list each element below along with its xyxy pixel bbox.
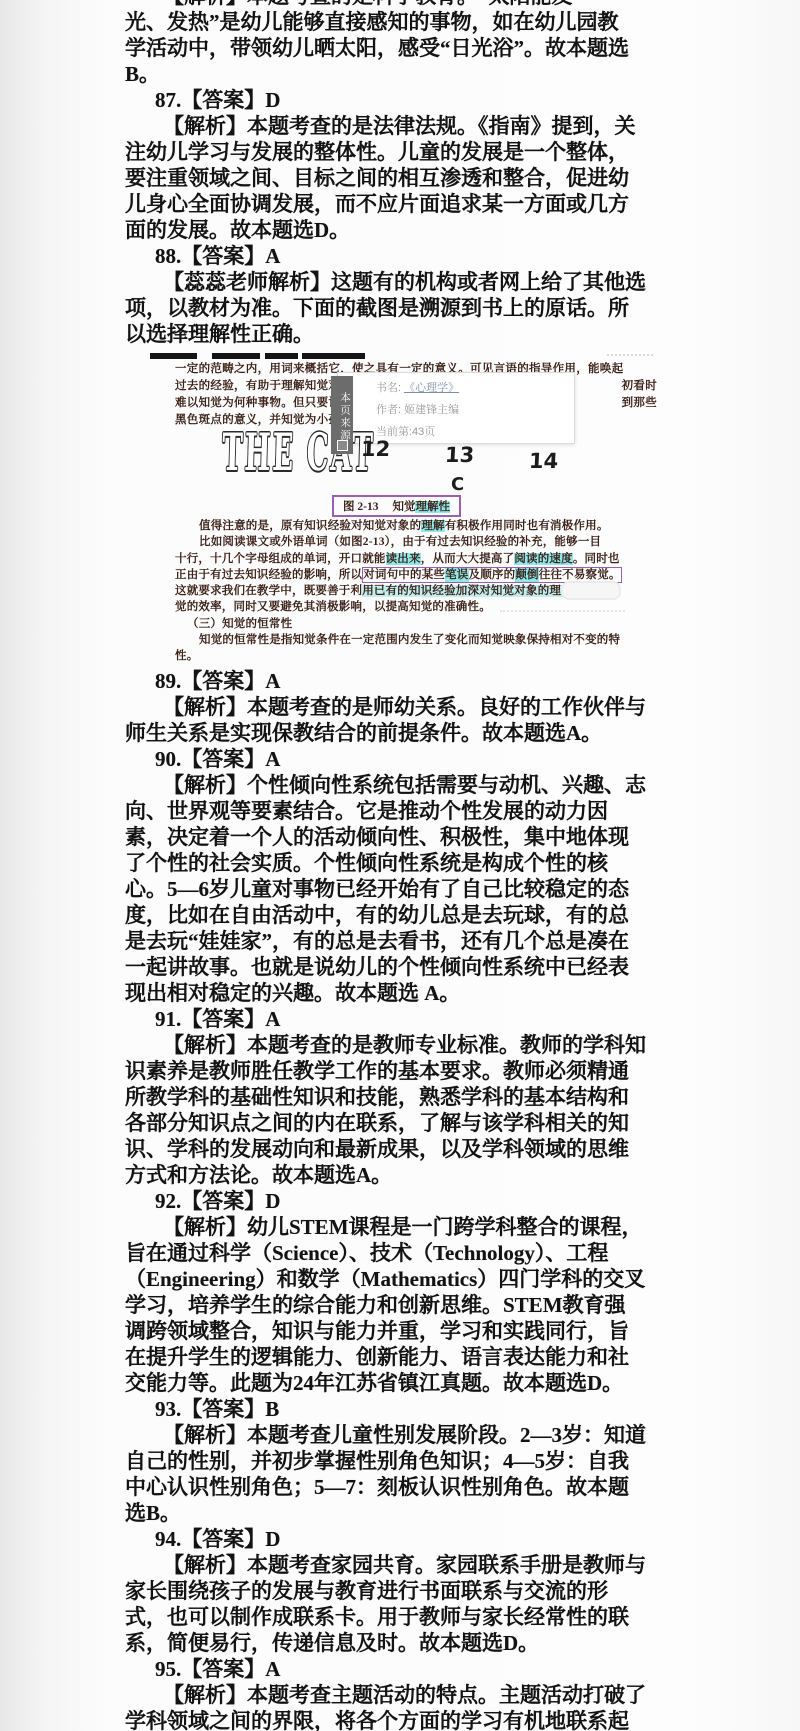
text-line: 【解析】本题考查的是教师专业标准。教师的学科知 <box>163 1032 710 1058</box>
textbook-line: 觉的效率，同时又要避免其消极影响，以提高知觉的准确性。 <box>175 599 663 615</box>
figure-number-12: 12 <box>360 437 390 461</box>
line-text: 系，简便易行，传递信息及时。故本题选D。 <box>125 1631 539 1655</box>
redaction-bar <box>265 353 298 359</box>
book-title-label: 书名: <box>376 382 401 394</box>
text-line: 在提升学生的逻辑能力、创新能力、语言表达能力和社 <box>125 1344 710 1370</box>
line-text: 中心认识性别角色；5—7：刻板认识性别角色。故本题 <box>125 1475 629 1499</box>
figure-caption-text: 知觉 <box>392 501 415 513</box>
line-text: 师生关系是实现保教结合的前提条件。故本题选A。 <box>125 721 602 745</box>
text-line: 【解析】本题考查的是法律法规。《指南》提到，关 <box>163 113 710 139</box>
line-text: 选B。 <box>125 1501 181 1525</box>
text-line: 一起讲故事。也就是说幼儿的个性倾向性系统中已经表 <box>125 954 710 980</box>
textbook-text: 性。 <box>175 650 198 662</box>
textbook-text: 到那些 <box>622 396 657 411</box>
figure-caption: 图 2-13知觉理解性 <box>332 495 461 517</box>
text-line: 89.【答案】A <box>155 668 710 694</box>
line-text: 【解析】本题考查的是教师专业标准。教师的学科知 <box>163 1033 646 1057</box>
line-text: 【解析】本题考查儿童性别发展阶段。2—3岁：知道 <box>163 1423 646 1447</box>
text-line: 中心认识性别角色；5—7：刻板认识性别角色。故本题 <box>125 1474 710 1500</box>
text-line: 94.【答案】D <box>155 1526 710 1552</box>
text-line: 【解析】本题考查儿童性别发展阶段。2—3岁：知道 <box>163 1422 710 1448</box>
text-line: 面的发展。故本题选D。 <box>125 217 710 243</box>
text-line: 【解析】本题考查的是师幼关系。良好的工作伙伴与 <box>163 694 710 720</box>
line-text: 94.【答案】D <box>155 1527 280 1551</box>
text-line: 是去玩“娃娃家”，有的总是去看书，还有几个总是凑在 <box>125 928 710 954</box>
text-line: 向、世界观等要素结合。它是推动个性发展的动力因 <box>125 798 710 824</box>
line-text: 所教学科的基础性知识和技能，熟悉学科的基本结构和 <box>125 1085 629 1109</box>
text-segment: 读出来 <box>386 553 421 565</box>
textbook-screenshot: 一定的范畴之内，用词来概括它，使之具有一定的意义。可见言语的指导作用，能唤起 过… <box>125 352 670 665</box>
line-text: 度，比如在自由活动中，有的幼儿总是去玩球，有的总 <box>125 903 629 927</box>
text-line: 式，也可以制作成联系卡。用于教师与家长经常性的联 <box>125 1604 710 1630</box>
scan-watermark <box>561 581 621 600</box>
text-line: 95.【答案】A <box>155 1656 710 1682</box>
text-line: 现出相对稳定的兴趣。故本题选 A。 <box>125 980 710 1006</box>
redaction-bar <box>302 353 365 359</box>
text-line: 素，决定着一个人的活动倾向性、积极性，集中地体现 <box>125 824 710 850</box>
text-segment: 觉的效率，同时又要避免其消极影响，以提高知觉的准确性。 <box>175 601 491 613</box>
line-text: 儿身心全面协调发展，而不应片面追求某一方面或几方 <box>125 192 629 216</box>
line-text: 88.【答案】A <box>155 244 280 268</box>
text-segment: 有积极作用同时也有消极作用。 <box>445 520 609 532</box>
text-line: （Engineering）和数学（Mathematics）四门学科的交叉 <box>125 1266 710 1292</box>
text-segment: ，从而大大提高了 <box>421 553 515 565</box>
text-segment: 颠倒 <box>515 567 538 583</box>
textbook-line: 十行，十几个字母组成的单词，开口就能读出来，从而大大提高了阅读的速度。同时也 <box>175 551 663 567</box>
textbook-line: （三）知觉的恒常性 <box>175 616 663 632</box>
source-popup-tab-label: 本页来源 <box>339 392 351 442</box>
textbook-line: 知觉的恒常性是指知觉条件在一定范围内发生了变化而知觉映象保持相对不变的特 <box>175 632 663 648</box>
answers-column-top: 【解析】本题考查的是科学教育。“太阳能发光、发热”是幼儿能够直接感知的事物，如在… <box>125 0 710 347</box>
line-text: 识素养是教师胜任教学工作的基本要求。教师必须精通 <box>125 1059 629 1083</box>
line-text: 【解析】本题考查的是法律法规。《指南》提到，关 <box>163 114 636 138</box>
textbook-text: 这就要求我们在教学中，既要善于利用已有的知识经验加深对知觉对象的理解，提高知 <box>175 585 620 597</box>
line-text: 素，决定着一个人的活动倾向性、积极性，集中地体现 <box>125 825 629 849</box>
text-line: 90.【答案】A <box>155 746 710 772</box>
textbook-text: 值得注意的是，原有知识经验对知觉对象的理解有积极作用同时也有消极作用。 <box>199 520 609 532</box>
line-text: 交能力等。 <box>125 1371 230 1395</box>
text-line: 儿身心全面协调发展，而不应片面追求某一方面或几方 <box>125 191 710 217</box>
line-text: 90.【答案】A <box>155 747 280 771</box>
text-line: 【解析】个性倾向性系统包括需要与动机、兴趣、志 <box>163 772 710 798</box>
text-line: 了个性的社会实质。个性倾向性系统是构成个性的核 <box>125 850 710 876</box>
line-bold-text: 此题为24年江苏省镇江真题 <box>230 1371 482 1395</box>
text-segment: 。同时也 <box>573 553 620 565</box>
textbook-text: 正由于有过去知识经验的影响，所以对词句中的某些笔误及顺序的颠倒往往不易察觉。 <box>175 567 622 583</box>
book-title-row: 书名: 《心理学》 <box>376 379 459 395</box>
line-text: 【解析】幼儿STEM课程是一门跨学科整合的课程， <box>163 1215 643 1239</box>
figure-letter-c: C <box>451 474 464 495</box>
text-line: 光、发热”是幼儿能够直接感知的事物，如在幼儿园教 <box>125 9 710 35</box>
textbook-line: 性。 <box>175 648 663 664</box>
text-line: 系，简便易行，传递信息及时。故本题选D。 <box>125 1630 710 1656</box>
book-title-link[interactable]: 《心理学》 <box>404 382 459 394</box>
text-segment: 性。 <box>175 650 198 662</box>
text-line: 【蕊蕊老师解析】这题有的机构或者网上给了其他选 <box>163 269 710 295</box>
line-text: 注幼儿学习与发展的整体性。儿童的发展是一个整体， <box>125 140 629 164</box>
line-text: 心。5—6岁儿童对事物已经开始有了自己比较稳定的态 <box>125 877 629 901</box>
line-text: （Engineering）和数学（Mathematics）四门学科的交叉 <box>125 1267 645 1291</box>
figure-number-14: 14 <box>528 449 558 473</box>
textbook-text: 十行，十几个字母组成的单词，开口就能读出来，从而大大提高了阅读的速度。同时也 <box>175 553 620 565</box>
line-text: 【解析】个性倾向性系统包括需要与动机、兴趣、志 <box>163 773 646 797</box>
text-line: 【解析】本题考查主题活动的特点。主题活动打破了 <box>163 1682 710 1708</box>
answer-key-page: 【解析】本题考查的是科学教育。“太阳能发光、发热”是幼儿能够直接感知的事物，如在… <box>0 0 800 1731</box>
text-line: 各部分知识点之间的内在联系，了解与该学科相关的知 <box>125 1110 710 1136</box>
textbook-text: （三）知觉的恒常性 <box>187 618 292 630</box>
textbook-text: 初看时 <box>622 379 657 394</box>
text-segment: 阅读的速度 <box>514 553 573 565</box>
text-segment: 用已有的知识经验加深对知觉对象的理解 <box>362 585 573 597</box>
text-segment: 正由于有过去知识经验的影响，所以 <box>175 569 362 581</box>
text-line: 旨在通过科学（Science）、技术（Technology）、工程 <box>125 1240 710 1266</box>
author-value: 姬建锋主编 <box>404 404 459 416</box>
line-text: 各部分知识点之间的内在联系，了解与该学科相关的知 <box>125 1111 629 1135</box>
text-line: 交能力等。此题为24年江苏省镇江真题。故本题选D。 <box>125 1370 710 1396</box>
text-line: 识素养是教师胜任教学工作的基本要求。教师必须精通 <box>125 1058 710 1084</box>
text-segment: 比如阅读课文或外语单词（如图2-13），由于有过去知识经验的补充，能够一目 <box>199 536 601 548</box>
line-text: 式，也可以制作成联系卡。用于教师与家长经常性的联 <box>125 1605 629 1629</box>
line-text: 调跨领域整合，知识与能力并重，学习和实践同行，旨 <box>125 1319 629 1343</box>
text-segment: （三）知觉的恒常性 <box>187 618 292 630</box>
text-line: 自己的性别，并初步掌握性别角色知识；4—5岁：自我 <box>125 1448 710 1474</box>
line-text: 面的发展。故本题选D。 <box>125 218 350 242</box>
line-text: 【解析】本题考查主题活动的特点。主题活动打破了 <box>163 1683 646 1707</box>
line-text: 在提升学生的逻辑能力、创新能力、语言表达能力和社 <box>125 1345 629 1369</box>
line-text: 【蕊蕊老师解析】这题有的机构或者网上给了其他选 <box>163 270 646 294</box>
text-line: 度，比如在自由活动中，有的幼儿总是去玩球，有的总 <box>125 902 710 928</box>
line-text: 。故本题选D。 <box>482 1371 623 1395</box>
line-text: 92.【答案】D <box>155 1189 280 1213</box>
text-line: B。 <box>125 61 710 87</box>
text-line: 项，以教材为准。下面的截图是溯源到书上的原话。所 <box>125 295 710 321</box>
text-line: 识、学科的发展动向和最新成果，以及学科领域的思维 <box>125 1136 710 1162</box>
line-text: 是去玩“娃娃家”，有的总是去看书，还有几个总是凑在 <box>125 929 629 953</box>
line-text: 学活动中，带领幼儿晒太阳，感受“日光浴”。故本题选 <box>125 36 629 60</box>
line-text: 要注重领域之间、目标之间的相互渗透和整合，促进幼 <box>125 166 629 190</box>
text-segment: 对词句中的某些 <box>362 567 445 583</box>
line-text: 旨在通过科学（Science）、技术（Technology）、工程 <box>125 1241 608 1265</box>
line-text: 【解析】本题考查家园共育。家园联系手册是教师与 <box>163 1553 646 1577</box>
line-text: 现出相对稳定的兴趣。故本题选 A。 <box>125 981 460 1005</box>
textbook-text: 觉的效率，同时又要避免其消极影响，以提高知觉的准确性。 <box>175 601 491 613</box>
image-icon <box>337 440 348 451</box>
text-line: 91.【答案】A <box>155 1006 710 1032</box>
textbook-text: 知觉的恒常性是指知觉条件在一定范围内发生了变化而知觉映象保持相对不变的特 <box>199 634 620 646</box>
text-line: 学习，培养学生的综合能力和创新思维。STEM教育强 <box>125 1292 710 1318</box>
figure-caption-highlight: 理解性 <box>415 501 450 513</box>
text-line: 注幼儿学习与发展的整体性。儿童的发展是一个整体， <box>125 139 710 165</box>
text-line: 【解析】本题考查家园共育。家园联系手册是教师与 <box>163 1552 710 1578</box>
text-line: 学活动中，带领幼儿晒太阳，感受“日光浴”。故本题选 <box>125 35 710 61</box>
line-text: 方式和方法论。故本题选A。 <box>125 1163 392 1187</box>
line-text: 项，以教材为准。下面的截图是溯源到书上的原话。所 <box>125 296 629 320</box>
text-line: 【解析】幼儿STEM课程是一门跨学科整合的课程， <box>163 1214 710 1240</box>
text-line: 方式和方法论。故本题选A。 <box>125 1162 710 1188</box>
text-line: 选B。 <box>125 1500 710 1526</box>
text-line: 93.【答案】B <box>155 1396 710 1422</box>
text-segment: 知觉的恒常性是指知觉条件在一定范围内发生了变化而知觉映象保持相对不变的特 <box>199 634 620 646</box>
text-segment: 理解 <box>421 520 444 532</box>
line-text: 学科领域之间的界限，将各个方面的学习有机地联系起 <box>125 1709 629 1731</box>
textbook-text: 过去的经验，有助于理解知觉对象 <box>175 380 352 392</box>
text-line: 87.【答案】D <box>155 87 710 113</box>
text-line: 心。5—6岁儿童对事物已经开始有了自己比较稳定的态 <box>125 876 710 902</box>
scan-watermark <box>500 610 625 612</box>
textbook-line: 值得注意的是，原有知识经验对知觉对象的理解有积极作用同时也有消极作用。 <box>175 518 663 534</box>
text-segment: 这就要求我们在教学中，既要善于利 <box>175 585 362 597</box>
answers-column-bottom: 89.【答案】A【解析】本题考查的是师幼关系。良好的工作伙伴与师生关系是实现保教… <box>125 668 710 1731</box>
text-segment: 及顺序的 <box>469 567 516 583</box>
text-line: 92.【答案】D <box>155 1188 710 1214</box>
text-segment: 值得注意的是，原有知识经验对知觉对象的 <box>199 520 421 532</box>
line-text: 了个性的社会实质。个性倾向性系统是构成个性的核 <box>125 851 608 875</box>
line-text: 95.【答案】A <box>155 1657 280 1681</box>
text-line: 学科领域之间的界限，将各个方面的学习有机地联系起 <box>125 1708 710 1731</box>
line-text: B。 <box>125 62 160 86</box>
author-row: 作者: 姬建锋主编 <box>376 401 459 417</box>
textbook-line: 比如阅读课文或外语单词（如图2-13），由于有过去知识经验的补充，能够一目 <box>175 534 663 550</box>
text-segment: 笔误 <box>445 567 468 583</box>
line-text: 【解析】本题考查的是科学教育。“太阳能发 <box>163 0 573 8</box>
text-line: 88.【答案】A <box>155 243 710 269</box>
figure-number-13: 13 <box>444 443 474 467</box>
line-text: 家长围绕孩子的发展与教育进行书面联系与交流的形 <box>125 1579 608 1603</box>
text-line: 要注重领域之间、目标之间的相互渗透和整合，促进幼 <box>125 165 710 191</box>
line-text: 向、世界观等要素结合。它是推动个性发展的动力因 <box>125 799 608 823</box>
line-text: 89.【答案】A <box>155 669 280 693</box>
figure-caption-number: 图 2-13 <box>343 501 378 513</box>
text-line: 以选择理解性正确。 <box>125 321 710 347</box>
text-segment: 十行，十几个字母组成的单词，开口就能 <box>175 553 386 565</box>
line-text: 自己的性别，并初步掌握性别角色知识；4—5岁：自我 <box>125 1449 629 1473</box>
line-text: 识、学科的发展动向和最新成果，以及学科领域的思维 <box>125 1137 629 1161</box>
textbook-text: 难以知觉为何种事物。但只要说出 <box>175 397 352 409</box>
text-line: 师生关系是实现保教结合的前提条件。故本题选A。 <box>125 720 710 746</box>
redaction-bar <box>212 353 260 359</box>
line-text: 93.【答案】B <box>155 1397 279 1421</box>
author-label: 作者: <box>376 404 401 416</box>
source-popup-tab[interactable]: 本页来源 <box>331 376 353 454</box>
line-text: 光、发热”是幼儿能够直接感知的事物，如在幼儿园教 <box>125 10 619 34</box>
text-line: 所教学科的基础性知识和技能，熟悉学科的基本结构和 <box>125 1084 710 1110</box>
text-line: 家长围绕孩子的发展与教育进行书面联系与交流的形 <box>125 1578 710 1604</box>
line-text: 【解析】本题考查的是师幼关系。良好的工作伙伴与 <box>163 695 646 719</box>
text-line: 调跨领域整合，知识与能力并重，学习和实践同行，旨 <box>125 1318 710 1344</box>
scan-noise <box>607 354 653 356</box>
text-line: 【解析】本题考查的是科学教育。“太阳能发 <box>163 0 710 9</box>
line-text: 91.【答案】A <box>155 1007 280 1031</box>
line-text: 87.【答案】D <box>155 88 280 112</box>
line-text: 一起讲故事。也就是说幼儿的个性倾向性系统中已经表 <box>125 955 629 979</box>
line-text: 学习，培养学生的综合能力和创新思维。STEM教育强 <box>125 1293 626 1317</box>
line-text: 以选择理解性正确。 <box>125 322 314 346</box>
redaction-bar <box>150 353 197 359</box>
textbook-text: 比如阅读课文或外语单词（如图2-13），由于有过去知识经验的补充，能够一目 <box>199 536 601 548</box>
